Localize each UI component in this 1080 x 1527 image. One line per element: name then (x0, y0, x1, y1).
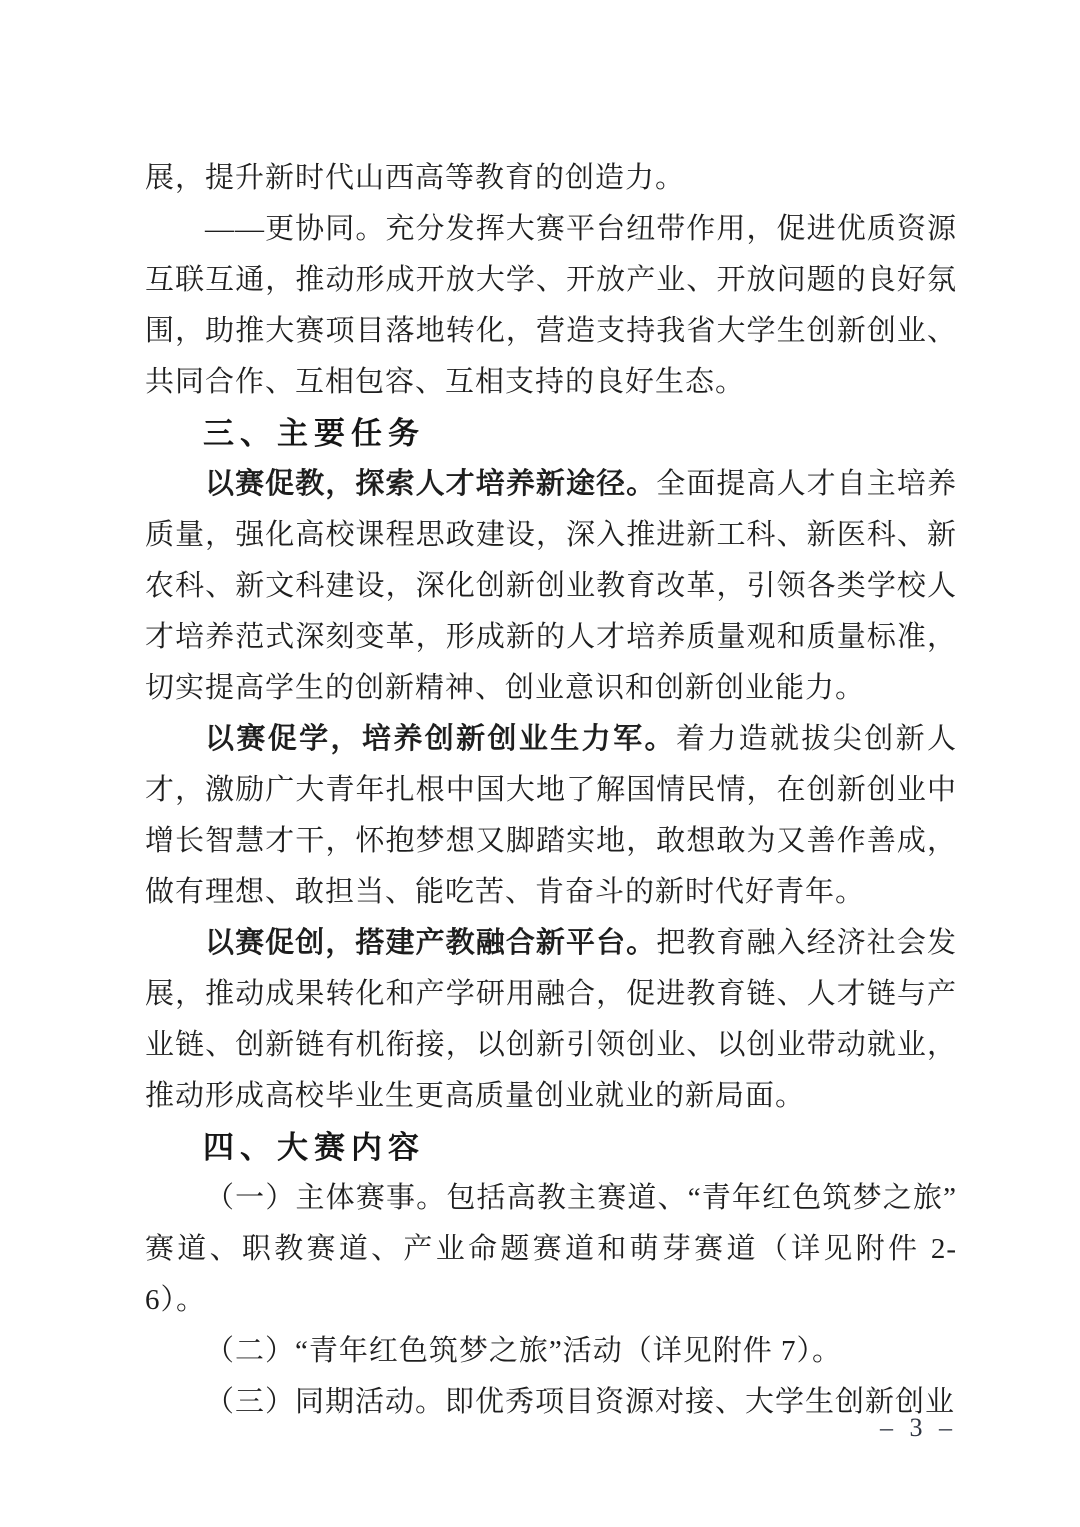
page-number: – 3 – (880, 1412, 957, 1444)
paragraph: 以赛促创，搭建产教融合新平台。把教育融入经济社会发展，推动成果转化和产学研用融合… (145, 918, 957, 1122)
paragraph: （二）“青年红色筑梦之旅”活动（详见附件 7）。 (145, 1326, 957, 1377)
paragraph: （一）主体赛事。包括高教主赛道、“青年红色筑梦之旅”赛道、职教赛道、产业命题赛道… (145, 1173, 957, 1326)
body-text: （二）“青年红色筑梦之旅”活动（详见附件 7）。 (205, 1335, 842, 1367)
paragraph: 以赛促学，培养创新创业生力军。着力造就拔尖创新人才，激励广大青年扎根中国大地了解… (145, 714, 957, 918)
bold-lead-text: 以赛促学，培养创新创业生力军。 (205, 723, 676, 755)
section-heading: 三、主要任务 (145, 408, 957, 459)
lead-text: ——更协同。 (205, 213, 385, 245)
bold-lead-text: 以赛促教，探索人才培养新途径。 (205, 468, 656, 500)
paragraph: ——更协同。充分发挥大赛平台纽带作用，促进优质资源互联互通，推动形成开放大学、开… (145, 204, 957, 408)
page: { "page": { "background": "#ffffff", "te… (0, 0, 1080, 1527)
paragraph: 以赛促教，探索人才培养新途径。全面提高人才自主培养质量，强化高校课程思政建设，深… (145, 459, 957, 714)
document-body: 展，提升新时代山西高等教育的创造力。——更协同。充分发挥大赛平台纽带作用，促进优… (145, 153, 957, 1428)
bold-lead-text: 以赛促创，搭建产教融合新平台。 (205, 927, 656, 959)
body-text: 全面提高人才自主培养质量，强化高校课程思政建设，深入推进新工科、新医科、新农科、… (145, 468, 957, 704)
body-text: 展，提升新时代山西高等教育的创造力。 (145, 162, 685, 194)
body-text: 即优秀项目资源对接、大学生创新创业 (445, 1386, 955, 1418)
lead-text: （一）主体赛事。 (205, 1182, 446, 1214)
lead-text: （三）同期活动。 (205, 1386, 445, 1418)
paragraph: 展，提升新时代山西高等教育的创造力。 (145, 153, 957, 204)
paragraph: （三）同期活动。即优秀项目资源对接、大学生创新创业 (145, 1377, 957, 1428)
section-heading: 四、大赛内容 (145, 1122, 957, 1173)
